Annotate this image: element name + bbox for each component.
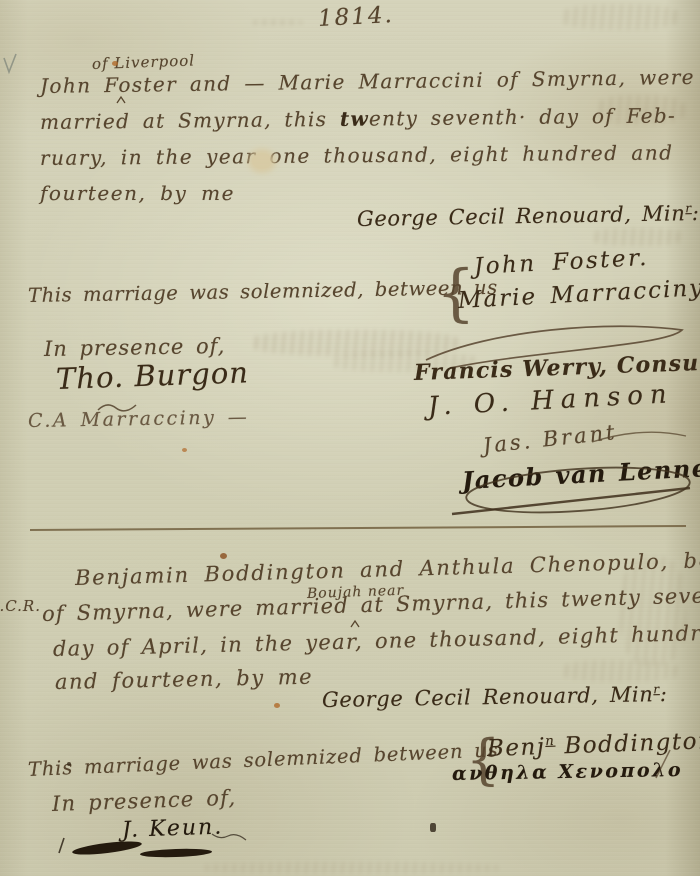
caret-mark xyxy=(350,620,360,628)
bleedthrough-mark xyxy=(560,660,680,682)
officiant-signature: George Cecil Renouard, Minr: xyxy=(357,201,700,231)
officiant-name: George Cecil Renouard, Min xyxy=(322,682,654,712)
presence-label: In presence of, xyxy=(52,786,237,816)
year-heading: 1814. xyxy=(317,2,394,32)
interline-insertion: of Liverpool xyxy=(92,51,196,73)
section-divider xyxy=(30,525,686,531)
officiant-punct: : xyxy=(660,682,668,706)
stain xyxy=(182,448,187,452)
signature-flourish xyxy=(590,428,690,446)
pen-stroke xyxy=(210,828,250,842)
signature-text: Benj xyxy=(487,734,546,762)
stain xyxy=(220,553,227,559)
bleedthrough-mark xyxy=(590,228,685,246)
signature-abbrev: n xyxy=(545,734,556,749)
record-body-line: married at Smyrna, this twenty seventh· … xyxy=(40,103,676,134)
witness-signature: C.A Marracciny — xyxy=(28,406,250,432)
attestation-line: This marriage was solemnized between us xyxy=(28,738,499,781)
record-body-line: fourteen, by me xyxy=(40,181,235,205)
bride-signature-greek: ανθηλα Χενοπολο xyxy=(452,759,683,785)
record-body-line: ruary, in the year one thousand, eight h… xyxy=(40,140,674,170)
check-mark xyxy=(2,52,18,76)
record-body-line: day of April, in the year, one thousand,… xyxy=(53,620,700,661)
record-body-line: and fourteen, by me xyxy=(55,665,314,694)
margin-initials: G.C.R. xyxy=(0,597,41,615)
pen-stroke xyxy=(56,836,68,856)
caret-mark xyxy=(116,96,126,104)
signature-flourish xyxy=(72,839,143,857)
overwritten-word: tw xyxy=(340,107,369,131)
attestation-line: This marriage was solemnized, between us xyxy=(28,276,498,307)
signature-flourish xyxy=(140,848,212,859)
line-text: enty seventh· day of Feb- xyxy=(369,103,676,130)
register-page: 1814. of Liverpool John Foster and — Mar… xyxy=(0,0,700,876)
line-text: married at Smyrna, this xyxy=(40,107,340,134)
stain xyxy=(560,4,680,30)
witness-signature: Tho. Burgon xyxy=(55,355,249,396)
stain xyxy=(248,20,303,25)
officiant-name: George Cecil Renouard, Min xyxy=(357,201,686,231)
officiant-signature: George Cecil Renouard, Minr: xyxy=(322,682,668,712)
signature-text: Boddington xyxy=(555,728,700,760)
bleedthrough-mark xyxy=(200,862,500,874)
stain xyxy=(430,823,436,832)
pen-stroke xyxy=(652,748,674,782)
groom-signature: John Foster. xyxy=(473,245,649,280)
stain xyxy=(274,703,280,708)
officiant-punct: : xyxy=(692,201,700,225)
signature-flourish xyxy=(450,458,695,520)
witness-signature: J. Keun. xyxy=(122,814,224,843)
witness-signature: J. O. Hanson xyxy=(427,379,674,422)
